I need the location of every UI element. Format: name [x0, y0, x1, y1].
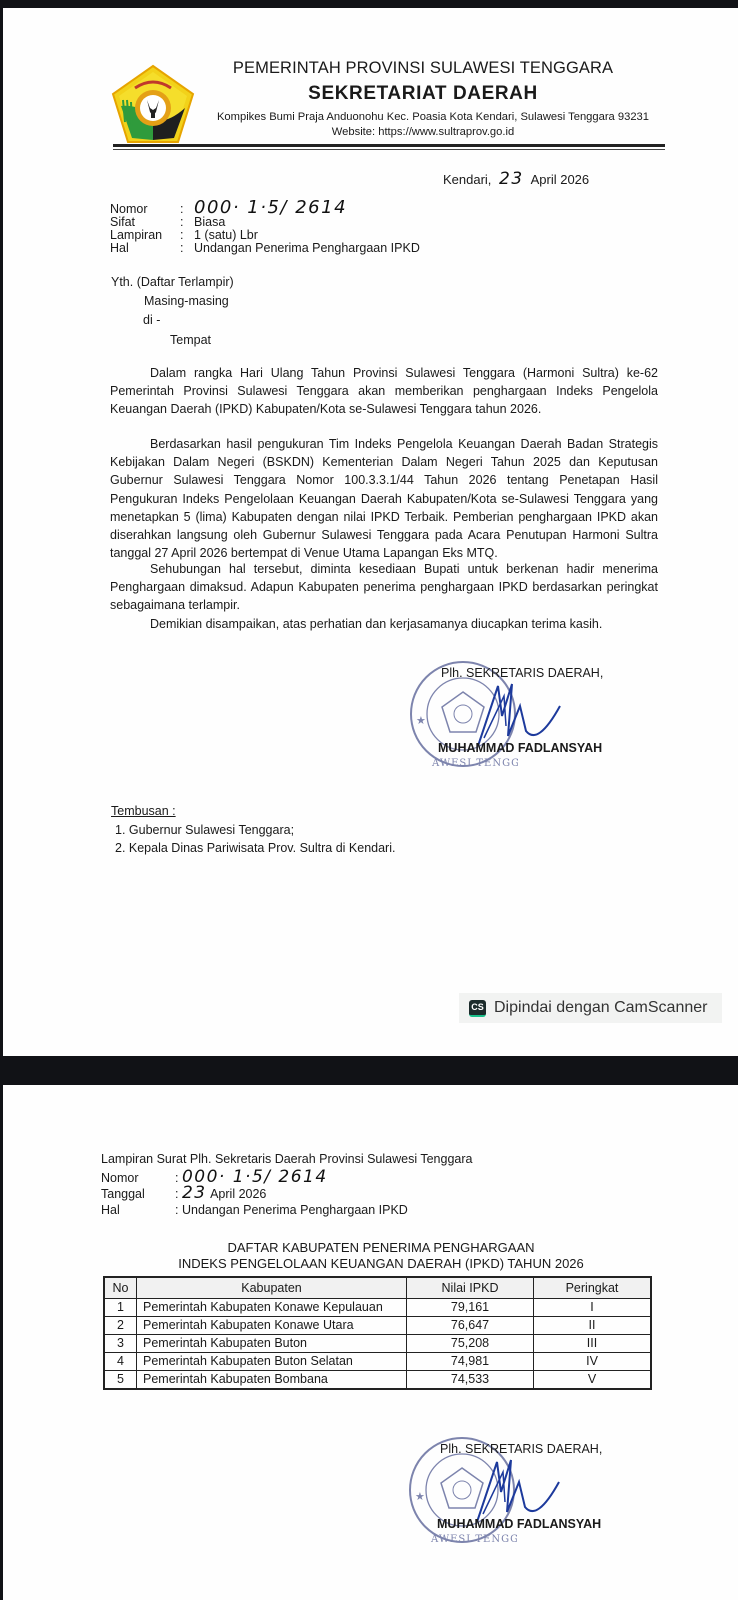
addressee-line2: Masing-masing	[144, 294, 229, 308]
meta-row-hal: Hal : Undangan Penerima Penghargaan IPKD	[110, 242, 420, 255]
column-header-no: No	[104, 1277, 137, 1299]
meta-row-nomor: Nomor : 000· 1·5/ 2614	[110, 198, 420, 216]
camscanner-watermark: CS Dipindai dengan CamScanner	[459, 993, 722, 1023]
letter-meta: Nomor : 000· 1·5/ 2614 Sifat : Biasa Lam…	[110, 198, 420, 255]
table-row: 4Pemerintah Kabupaten Buton Selatan74,98…	[104, 1353, 651, 1371]
addressee-line4: Tempat	[170, 333, 211, 347]
letter-number: 000· 1·5/ 2614	[194, 200, 347, 216]
attachment-day-handwritten: 23	[182, 1185, 207, 1201]
ipkd-table: No Kabupaten Nilai IPKD Peringkat 1Pemer…	[103, 1276, 652, 1390]
attachment-meta-tanggal: Tanggal : 23 April 2026	[101, 1185, 408, 1201]
cell-kabupaten: Pemerintah Kabupaten Konawe Kepulauan	[137, 1299, 407, 1317]
cell-kabupaten: Pemerintah Kabupaten Buton	[137, 1335, 407, 1353]
cell-kabupaten: Pemerintah Kabupaten Konawe Utara	[137, 1317, 407, 1335]
cc-title: Tembusan :	[111, 804, 176, 818]
signatory-title: Plh. SEKRETARIS DAERAH,	[441, 666, 603, 680]
province-coat-of-arms-icon	[111, 64, 195, 144]
cell-no: 4	[104, 1353, 137, 1371]
cell-no: 3	[104, 1335, 137, 1353]
month-year: April 2026	[531, 172, 590, 187]
attachment-title: Lampiran Surat Plh. Sekretaris Daerah Pr…	[101, 1152, 472, 1166]
cell-no: 1	[104, 1299, 137, 1317]
svg-text:★: ★	[416, 714, 426, 727]
signatory-title: Plh. SEKRETARIS DAERAH,	[440, 1442, 602, 1456]
camscanner-logo-icon: CS	[469, 1000, 486, 1017]
camscanner-label: Dipindai dengan CamScanner	[494, 999, 707, 1017]
cell-nilai-ipkd: 74,533	[407, 1371, 534, 1390]
letterhead-rule-thin	[113, 149, 665, 150]
column-header-peringkat: Peringkat	[534, 1277, 652, 1299]
cell-no: 5	[104, 1371, 137, 1390]
table-row: 3Pemerintah Kabupaten Buton75,208III	[104, 1335, 651, 1353]
cell-nilai-ipkd: 75,208	[407, 1335, 534, 1353]
table-row: 1Pemerintah Kabupaten Konawe Kepulauan79…	[104, 1299, 651, 1317]
cell-peringkat: III	[534, 1335, 652, 1353]
signature-block: ★ AWESI TENGG Plh. SEKRETARIS DAERAH, MU…	[408, 654, 678, 794]
svg-text:AWESI TENGG: AWESI TENGG	[431, 758, 518, 769]
attachment-heading: DAFTAR KABUPATEN PENERIMA PENGHARGAAN IN…	[101, 1240, 661, 1272]
letterhead-government: PEMERINTAH PROVINSI SULAWESI TENGGARA	[203, 59, 643, 78]
day-handwritten: 23	[499, 169, 524, 189]
table-row: 2Pemerintah Kabupaten Konawe Utara76,647…	[104, 1317, 651, 1335]
place-date: Kendari, 23 April 2026	[443, 169, 589, 189]
body-paragraph-3: Sehubungan hal tersebut, diminta kesedia…	[110, 560, 658, 615]
body-paragraph-1: Dalam rangka Hari Ulang Tahun Provinsi S…	[110, 364, 658, 419]
cell-peringkat: I	[534, 1299, 652, 1317]
attachment-meta-hal: Hal : Undangan Penerima Penghargaan IPKD	[101, 1201, 408, 1217]
column-header-kabupaten: Kabupaten	[137, 1277, 407, 1299]
cell-kabupaten: Pemerintah Kabupaten Buton Selatan	[137, 1353, 407, 1371]
letterhead-office: SEKRETARIAT DAERAH	[203, 83, 643, 105]
signatory-name: MUHAMMAD FADLANSYAH	[437, 1517, 601, 1531]
body-paragraph-2: Berdasarkan hasil pengukuran Tim Indeks …	[110, 435, 658, 562]
column-header-nilai-ipkd: Nilai IPKD	[407, 1277, 534, 1299]
table-row: 5Pemerintah Kabupaten Bombana74,533V	[104, 1371, 651, 1390]
letter-page: PEMERINTAH PROVINSI SULAWESI TENGGARA SE…	[3, 8, 738, 1056]
svg-text:AWESI TENGG: AWESI TENGG	[430, 1534, 517, 1545]
addressee-line3: di -	[143, 313, 160, 327]
attachment-meta-nomor: Nomor : 000· 1·5/ 2614	[101, 1169, 408, 1185]
cc-item: 2. Kepala Dinas Pariwisata Prov. Sultra …	[115, 839, 395, 857]
cc-item: 1. Gubernur Sulawesi Tenggara;	[115, 821, 395, 839]
attachment-page: Lampiran Surat Plh. Sekretaris Daerah Pr…	[3, 1085, 738, 1600]
attachment-signature-block: ★ AWESI TENGG Plh. SEKRETARIS DAERAH, MU…	[407, 1430, 677, 1570]
letterhead-rule	[113, 144, 665, 147]
signatory-name: MUHAMMAD FADLANSYAH	[438, 741, 602, 755]
place: Kendari,	[443, 172, 491, 187]
cell-peringkat: II	[534, 1317, 652, 1335]
letterhead-address: Kompikes Bumi Praja Anduonohu Kec. Poasi…	[203, 111, 663, 123]
addressee-line1: Yth. (Daftar Terlampir)	[111, 275, 234, 289]
svg-text:★: ★	[415, 1490, 425, 1503]
cell-nilai-ipkd: 79,161	[407, 1299, 534, 1317]
cell-no: 2	[104, 1317, 137, 1335]
cell-nilai-ipkd: 74,981	[407, 1353, 534, 1371]
attachment-meta: Nomor : 000· 1·5/ 2614 Tanggal : 23 Apri…	[101, 1169, 408, 1217]
cell-kabupaten: Pemerintah Kabupaten Bombana	[137, 1371, 407, 1390]
cc-list: 1. Gubernur Sulawesi Tenggara; 2. Kepala…	[115, 821, 395, 857]
cell-peringkat: IV	[534, 1353, 652, 1371]
body-paragraph-4: Demikian disampaikan, atas perhatian dan…	[110, 615, 658, 633]
cell-nilai-ipkd: 76,647	[407, 1317, 534, 1335]
cell-peringkat: V	[534, 1371, 652, 1390]
letterhead-website: Website: https://www.sultraprov.go.id	[203, 126, 643, 138]
table-header-row: No Kabupaten Nilai IPKD Peringkat	[104, 1277, 651, 1299]
